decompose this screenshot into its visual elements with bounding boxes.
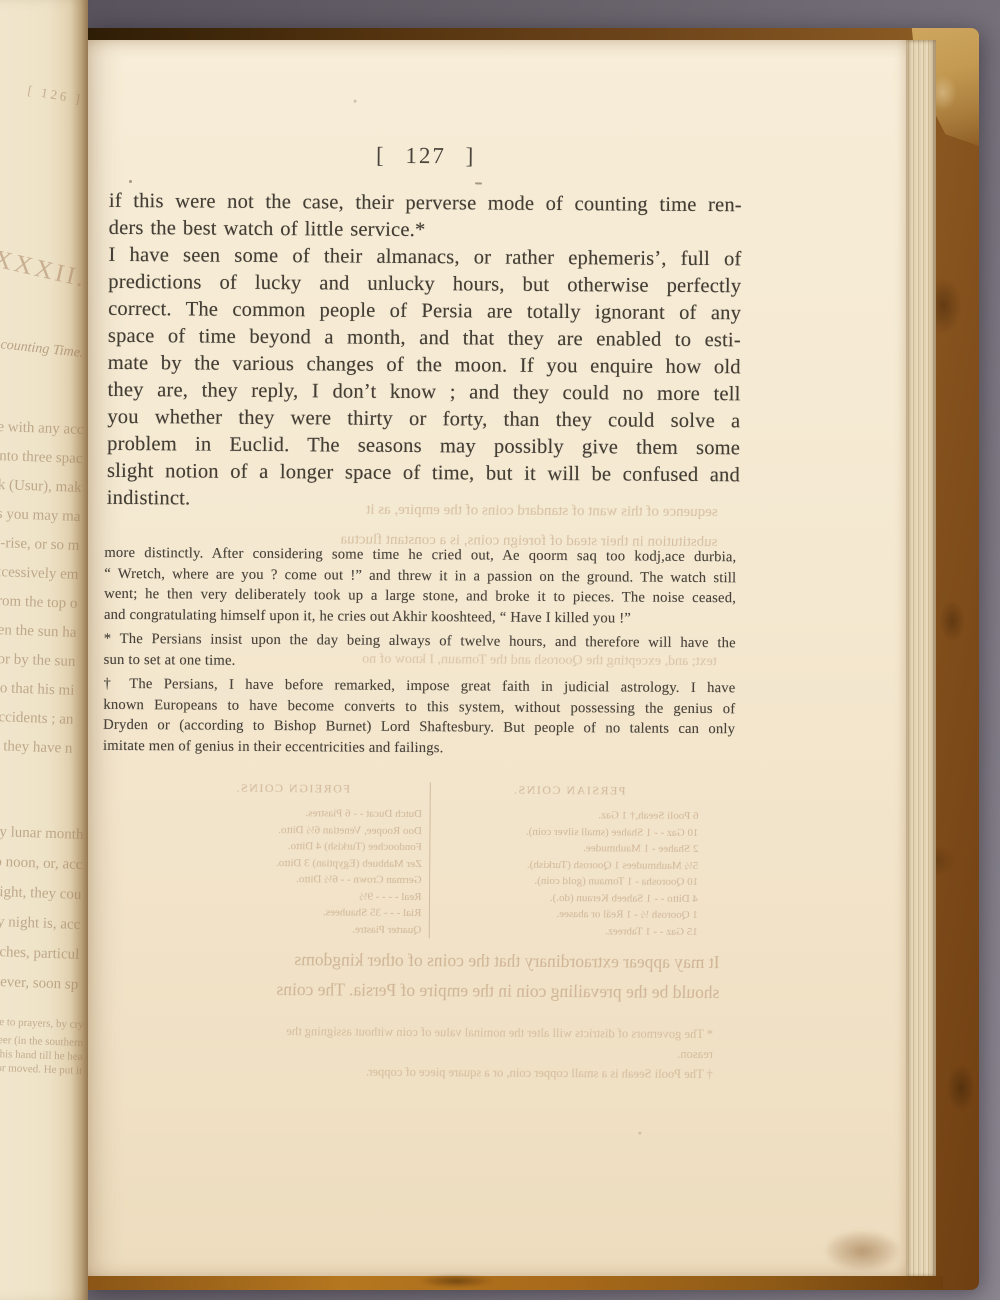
show-through-table-row: Doo Roopee, Venetian 6½ Ditto. bbox=[162, 821, 422, 839]
show-through-coins-table: PERSIAN COINS. 6 Pooli Seeah,† 1 Gaz.10 … bbox=[154, 780, 707, 940]
show-through-table-header: PERSIAN COINS. bbox=[439, 782, 699, 799]
show-through-line: It may appear extraordinary that the coi… bbox=[141, 943, 719, 977]
paragraph: I have seen some of their almanacs, or r… bbox=[107, 242, 742, 516]
show-through-table-rows: Dutch Ducat - - 6 Piastres.Doo Roopee, V… bbox=[162, 804, 422, 938]
show-through-line: † The Pooli Seeah is a small copper coin… bbox=[147, 1060, 713, 1084]
show-through-footnotes: * The governors of districts will alter … bbox=[147, 1020, 713, 1084]
show-through-paragraph: It may appear extraordinary that the coi… bbox=[141, 943, 719, 1007]
facing-text-fragment: their time by lunar month bbox=[0, 809, 84, 850]
paper-stain bbox=[825, 1231, 899, 1272]
cover-bottom-edge bbox=[86, 1276, 943, 1290]
show-through-table-rows: 6 Pooli Seeah,† 1 Gaz.10 Gaz - - 1 Shahe… bbox=[438, 806, 698, 940]
facing-footnote-fragments: calls the people to prayers, by cryof Ta… bbox=[0, 1007, 84, 1078]
facing-section-title-fragment: de of counting Time. bbox=[0, 334, 84, 362]
main-text: if this were not the case, their pervers… bbox=[107, 188, 742, 516]
show-through-table-row: 15 Gaz - - 1 Tabreez. bbox=[438, 922, 698, 940]
book-page: sequence of this want of standard coins … bbox=[86, 40, 906, 1277]
paper-speck bbox=[354, 100, 357, 103]
facing-footnote-fragment: calls the people to prayers, by cry bbox=[0, 1007, 84, 1032]
show-through-table-column: PERSIAN COINS. 6 Pooli Seeah,† 1 Gaz.10 … bbox=[429, 782, 707, 940]
footnote-dagger: † The Persians, I have before remarked, … bbox=[103, 674, 736, 760]
show-through-table-row: 5½ Mauhmudees 1 Qoorosh (Turkish). bbox=[439, 856, 699, 874]
book-cover-leather: sequence of this want of standard coins … bbox=[86, 28, 979, 1290]
show-through-table-row: 1 Qoorosh ½ - 1 Reäl or abasee. bbox=[438, 905, 698, 923]
show-through-table-row: 10 Gaz - - 1 Shahee (small silver coin). bbox=[439, 823, 699, 841]
paragraph-continuation: if this were not the case, their pervers… bbox=[109, 188, 742, 246]
cover-edge-stain bbox=[418, 1274, 494, 1288]
paper-speck bbox=[638, 1132, 641, 1135]
show-through-table-row: German Crown - - 6½ Ditto. bbox=[162, 870, 422, 888]
show-through-table-row: 6 Pooli Seeah,† 1 Gaz. bbox=[439, 806, 699, 824]
facing-text-fragment: of counting time with any acc bbox=[0, 405, 84, 445]
facing-lower-fragments: their time by lunar monthrom noon to noo… bbox=[0, 809, 84, 1000]
footnote-star: * The Persians insist upon the day being… bbox=[104, 629, 736, 674]
show-through-table-row: 10 Qoorosha - 1 Tomaun (gold coin). bbox=[439, 872, 699, 890]
facing-page-number: [ 126 ] bbox=[27, 82, 85, 107]
show-through-line: should be the prevailing coin in the emp… bbox=[141, 973, 719, 1007]
printed-content: sequence of this want of standard coins … bbox=[86, 40, 906, 1277]
show-through-table-row: Dutch Ducat - - 6 Piastres. bbox=[163, 804, 423, 822]
show-through-table-row: Rial - - - 35 Shauhees. bbox=[162, 903, 422, 921]
footnote-continuation: more distinctly. After considering some … bbox=[104, 543, 737, 629]
show-through-table-header: FOREIGN COINS. bbox=[163, 780, 423, 797]
facing-chapter-heading-fragment: PTER XXXII. bbox=[0, 227, 88, 294]
page-edge-stack bbox=[906, 40, 936, 1277]
book-photograph: [ 126 ] PTER XXXII. de of counting Time.… bbox=[0, 0, 1000, 1300]
paper-speck bbox=[129, 180, 132, 183]
facing-page-edge: [ 126 ] PTER XXXII. de of counting Time.… bbox=[0, 0, 88, 1300]
paper-speck bbox=[381, 700, 383, 702]
show-through-table-row: Zer Mahbueb (Egyptian) 3 Ditto. bbox=[162, 854, 422, 872]
show-through-table-row: Fondoochee (Turkish) 4 Ditto. bbox=[162, 837, 422, 855]
text-line: indistinct. bbox=[107, 485, 740, 516]
text-line: slight notion of a longer space of time,… bbox=[107, 458, 740, 489]
show-through-table-column: FOREIGN COINS. Dutch Ducat - - 6 Piastre… bbox=[154, 780, 431, 938]
show-through-table-row: Quarter Piastre. bbox=[162, 920, 422, 938]
facing-body-fragments: of counting time with any accis divided … bbox=[0, 405, 84, 764]
show-through-table-row: 2 Shahee - 1 Mauhmudee. bbox=[439, 839, 699, 857]
paper-speck bbox=[475, 182, 482, 184]
page-number: [ 127 ] bbox=[109, 141, 742, 171]
show-through-table-row: Real - - - - 9½ bbox=[162, 887, 422, 905]
show-through-table-row: 4 Ditto - - 1 Saheeb Keraun (do.). bbox=[438, 889, 698, 907]
